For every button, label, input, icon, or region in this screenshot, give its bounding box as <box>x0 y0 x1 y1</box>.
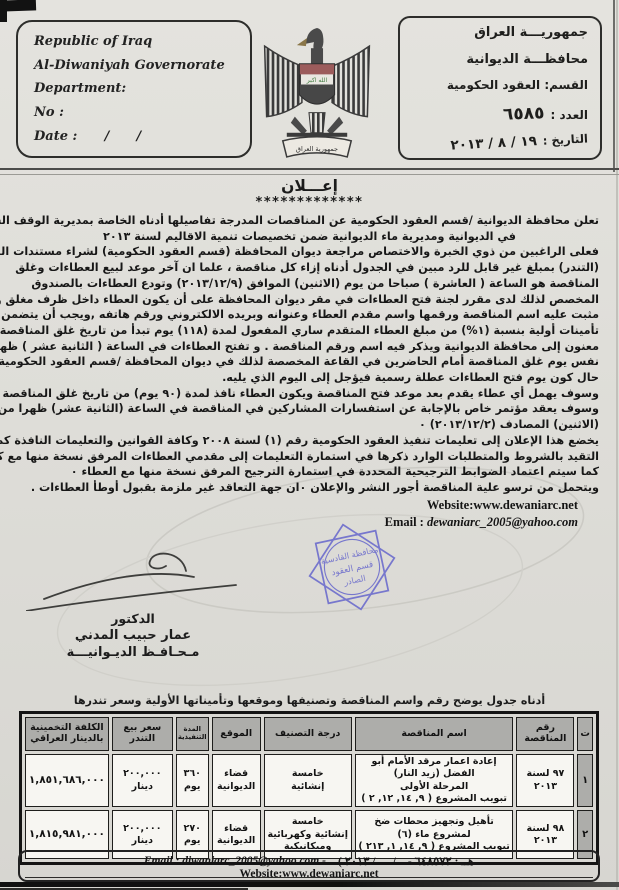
letterhead-ar-governorate: محافظـــة الديوانية <box>412 52 588 67</box>
document-date-line: التاريخ : ١٩ / ٨ / ٢٠١٣ <box>412 130 589 155</box>
flag-takbir-text: الله اكبر <box>306 77 328 84</box>
letterhead-english-box: Republic of Iraq Al-Diwaniyah Governorat… <box>16 20 252 158</box>
table-intro-text: أدناه جدول يوضح رقم واسم المناقصة وتصنيف… <box>0 694 619 707</box>
footer-date: ( ٢٠١٣ / / <box>338 854 396 868</box>
body-line: ويتحمل من ترسو علية المناقصة أجور النشر … <box>20 480 599 496</box>
document-number-line: العدد : ٦٥٨٥ <box>412 104 588 124</box>
letterhead-ar-department: القسم: العقود الحكومية <box>412 78 588 92</box>
body-line: المخصص لذلك لدى مقرر لجنة فتح العطاءات ف… <box>20 292 599 308</box>
eagle-beak <box>297 38 307 46</box>
header-grade: درجة التصنيف <box>264 717 352 751</box>
body-line: تعلن محافظة الديوانية /قسم العقود الحكوم… <box>20 213 599 229</box>
body-line: حال كون يوم فتح العطاءات عطلة رسمية فيؤج… <box>20 370 599 386</box>
body-line: تأمينات أولية بنسبة (١%) من مبلغ العطاء … <box>20 323 599 339</box>
title-asterisks: ************* <box>0 195 619 210</box>
eagle-left-leg <box>291 117 307 135</box>
cell-tender-no: ٩٧ لسنة ٢٠١٣ <box>516 754 574 807</box>
footer-email: Email : diwaniarc_2005@yahoo.com - <box>144 855 326 867</box>
document-date-label: التاريخ : <box>542 131 588 147</box>
header-location: الموقع <box>212 717 261 751</box>
eagle-tail <box>309 113 325 133</box>
body-line: (التندر) بمبلغ غير قابل للرد مبين في الج… <box>20 260 599 276</box>
tenders-table-container: ت رقم المناقصة اسم المناقصة درجة التصنيف… <box>19 711 599 865</box>
iraq-coat-of-arms-emblem: الله اكبر جمهورية العراق <box>256 20 378 166</box>
body-line: نفس يوم غلق المناقصة أمام الحاضرين في ال… <box>20 354 599 370</box>
handwritten-signature <box>26 545 240 611</box>
letterhead-en-line: Department: <box>34 81 234 96</box>
cell-location: قضاء الديوانية <box>212 754 261 807</box>
cell-tender-name: إعادة اعمار مرقد الأمام أبو الفضل (زيد ا… <box>355 754 514 807</box>
table-header-row: ت رقم المناقصة اسم المناقصة درجة التصنيف… <box>25 717 593 751</box>
letterhead-arabic-box: جمهوريـــة العراق محافظـــة الديوانية ال… <box>398 16 602 160</box>
document-number-label: العدد : <box>551 108 588 122</box>
scanned-announcement-document: Republic of Iraq Al-Diwaniyah Governorat… <box>0 0 619 890</box>
website-text: Website:www.dewaniarc.net <box>20 497 578 514</box>
body-line: التقيد بالشروط والمتطلبات الوارد ذكرها ف… <box>20 449 599 465</box>
scan-artifact-bottom <box>0 882 619 887</box>
emblem-banner-text: جمهورية العراق <box>296 145 338 153</box>
document-date-value: ١٩ / ٨ / ٢٠١٣ <box>450 133 537 153</box>
header-tender-name: اسم المناقصة <box>355 717 514 751</box>
flag-black-band <box>300 84 334 103</box>
header-duration: المدة التنفيذية <box>176 717 209 751</box>
tenders-table: ت رقم المناقصة اسم المناقصة درجة التصنيف… <box>22 714 596 862</box>
document-number-value: ٦٥٨٥ <box>503 103 545 124</box>
scan-artifact-corner <box>0 0 7 22</box>
eagle-right-leg <box>327 117 343 135</box>
body-line: معنون إلى محافظة الديوانية ويذكر فيه اسم… <box>20 339 599 355</box>
cell-duration: ٣٦٠ يوم <box>176 754 209 807</box>
letterhead-en-line: Al-Diwaniyah Governorate <box>34 58 234 73</box>
body-line: وسوف يهمل أي عطاء يقدم بعد موعد فتح المن… <box>20 386 599 402</box>
signatory-title: الدكتور <box>26 611 240 626</box>
table-row: ١ ٩٧ لسنة ٢٠١٣ إعادة اعمار مرقد الأمام أ… <box>25 754 593 807</box>
footer-phone: هــ : ٦٤٨٥٧٢ - <box>408 854 474 868</box>
header-divider <box>0 168 619 175</box>
footer-website: Website:www.dewaniarc.net <box>20 868 598 880</box>
header-cost: الكلفة التخمينية بالدينار العراقي <box>25 717 109 751</box>
letterhead-en-line: Date : / / <box>34 129 234 144</box>
letterhead-en-line: Republic of Iraq <box>34 34 234 49</box>
announcement-title: إعـــلان <box>0 177 619 195</box>
body-line: مثبت عليه اسم المناقصة ورقمها واسم مقدم … <box>20 307 599 323</box>
body-line: في الديوانية ومديرية ماء الديوانية ضمن ت… <box>20 229 599 245</box>
letterhead-en-line: No : <box>34 105 234 120</box>
footer-contact-box: Email : diwaniarc_2005@yahoo.com - ( ٢٠١… <box>18 850 600 882</box>
body-line: يخضع هذا الإعلان إلى تعليمات تنفيذ العقو… <box>20 433 599 449</box>
footer-contact-line: Email : diwaniarc_2005@yahoo.com - ( ٢٠١… <box>20 854 598 868</box>
body-line: وسوف يعقد مؤتمر خاص بالإجابة عن استفسارا… <box>20 401 599 417</box>
eagle-right-wing <box>332 46 369 116</box>
flag-red-band <box>300 64 334 74</box>
header-tender-no: رقم المناقصة <box>516 717 574 751</box>
body-line: فعلى الراغبين من ذوي الخبرة والاختصاص مر… <box>20 244 599 260</box>
letterhead-ar-country: جمهوريـــة العراق <box>412 25 588 40</box>
signature-block: الدكتور عمار حبيب المدني مـحـافـظ الديـو… <box>26 545 240 660</box>
scan-edge-line <box>616 0 618 890</box>
signatory-role: مـحـافـظ الديـوانيـــة <box>26 645 240 660</box>
email-address: dewaniarc_2005@yahoo.com <box>427 515 578 529</box>
body-line: (الاثنين) المصادف (٢٠١٣/١٢/٢) ٠ <box>20 417 599 433</box>
signatory-name: عمار حبيب المدني <box>26 628 240 643</box>
announcement-body: تعلن محافظة الديوانية /قسم العقود الحكوم… <box>20 213 599 496</box>
body-line: كما سيتم اعتماد الضوابط الترجيحية المحدد… <box>20 464 599 480</box>
header-price: سعر بيع التندر <box>112 717 173 751</box>
header-seq: ت <box>577 717 593 751</box>
cell-seq: ١ <box>577 754 593 807</box>
cell-cost: ١,٨٥١,٦٨٦,٠٠٠ <box>25 754 109 807</box>
eagle-left-wing <box>265 46 302 116</box>
scan-edge-line <box>613 0 615 172</box>
cell-grade: خامسة إنشائية <box>264 754 352 807</box>
cell-price: ٢٠٠,٠٠٠ دينار <box>112 754 173 807</box>
body-line: المناقصة هو الساعة ( العاشرة ) صباحا من … <box>20 276 599 292</box>
footer-inner-rule <box>25 877 593 878</box>
